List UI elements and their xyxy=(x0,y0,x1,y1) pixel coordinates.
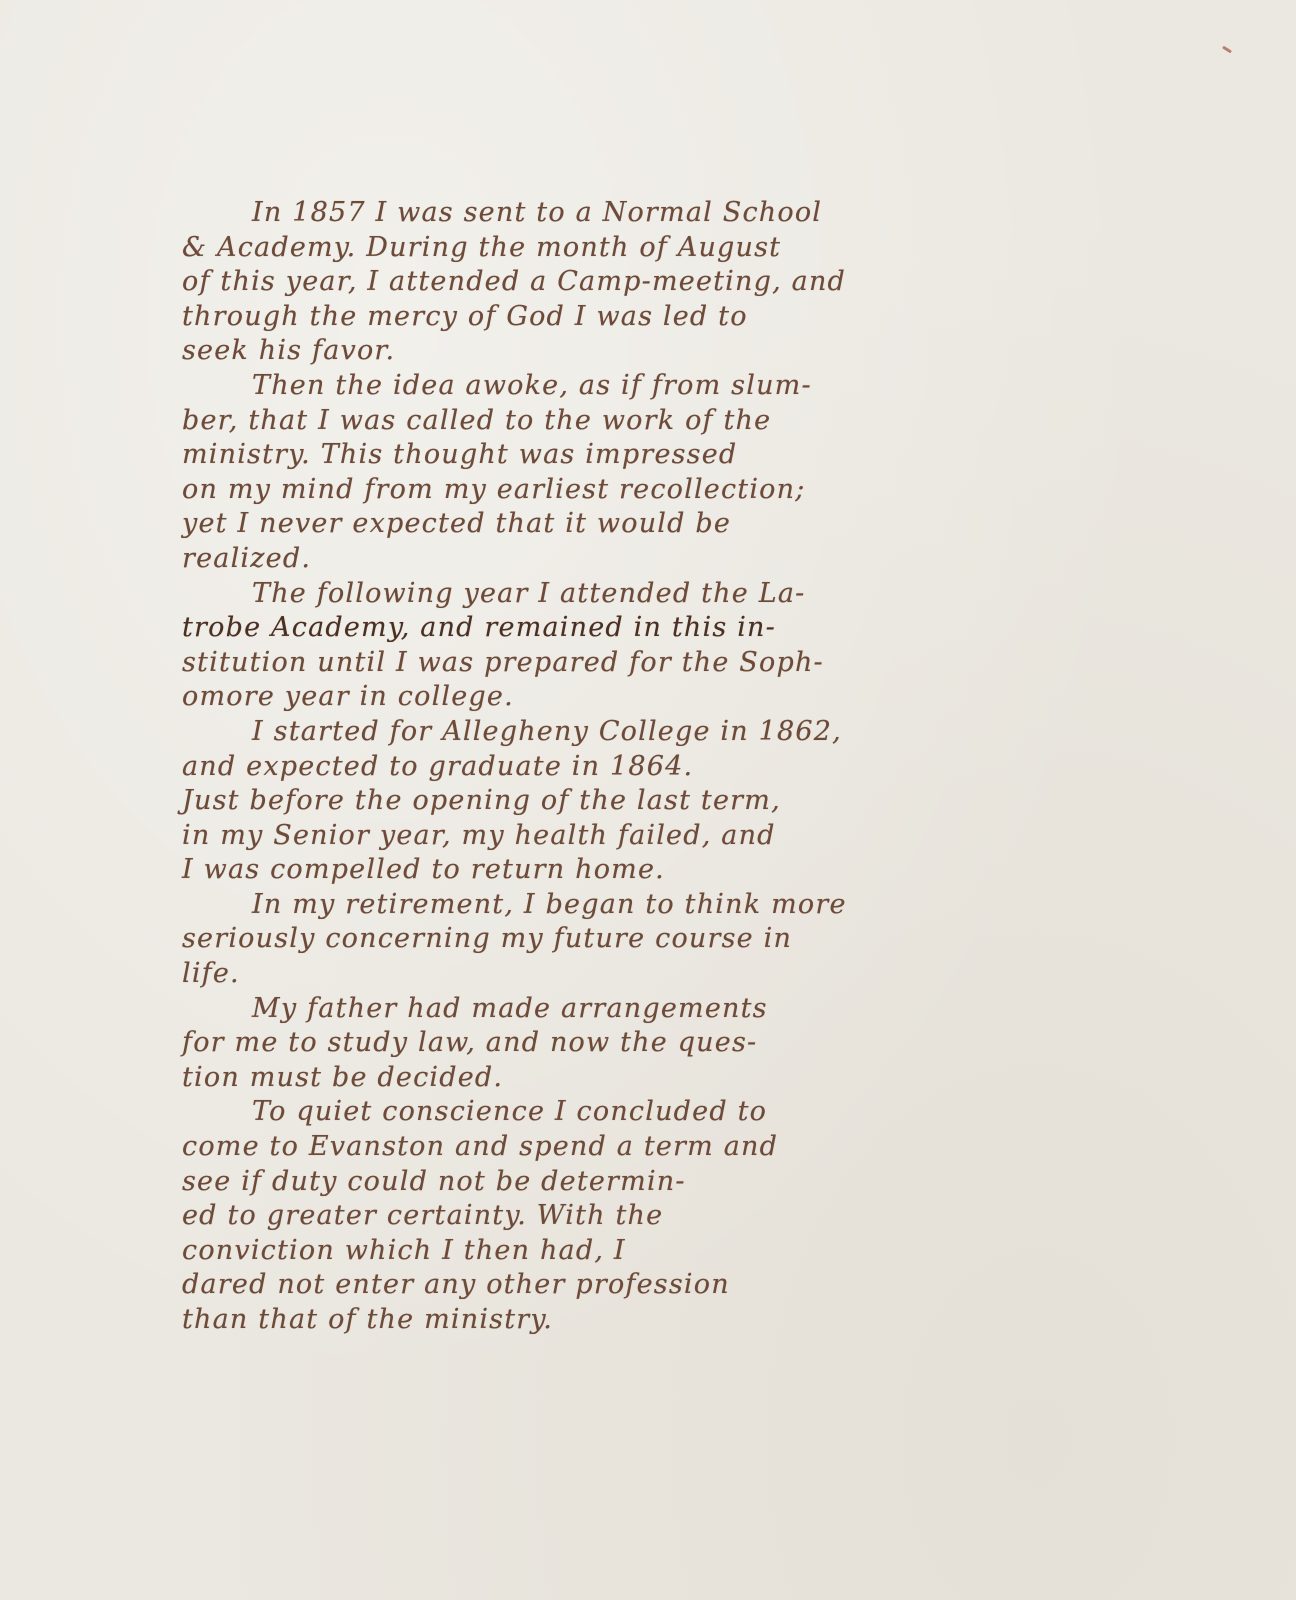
manuscript-page: In 1857 I was sent to a Normal School & … xyxy=(0,0,1296,1600)
text-line: ed to greater certainty. With the xyxy=(182,1199,1082,1234)
text-line: conviction which I then had, I xyxy=(182,1234,1082,1269)
text-line: trobe Academy, and remained in this in- xyxy=(182,611,1082,646)
text-line: of this year, I attended a Camp-meeting,… xyxy=(182,265,1082,300)
text-line: and expected to graduate in 1864. xyxy=(182,750,1082,785)
text-line: come to Evanston and spend a term and xyxy=(182,1130,1082,1165)
ink-mark xyxy=(1222,46,1232,54)
text-line: Then the idea awoke, as if from slum- xyxy=(182,369,1082,404)
text-line: for me to study law, and now the ques- xyxy=(182,1026,1082,1061)
text-line: through the mercy of God I was led to xyxy=(182,300,1082,335)
text-line: realized. xyxy=(182,542,1082,577)
text-line: stitution until I was prepared for the S… xyxy=(182,646,1082,681)
text-line: In 1857 I was sent to a Normal School xyxy=(182,196,1082,231)
text-line: seriously concerning my future course in xyxy=(182,922,1082,957)
text-line: on my mind from my earliest recollection… xyxy=(182,473,1082,508)
text-line: seek his favor. xyxy=(182,334,1082,369)
text-line: To quiet conscience I concluded to xyxy=(182,1095,1082,1130)
text-line: life. xyxy=(182,957,1082,992)
text-line: The following year I attended the La- xyxy=(182,577,1082,612)
handwritten-text-block: In 1857 I was sent to a Normal School & … xyxy=(182,196,1082,1338)
text-line: than that of the ministry. xyxy=(182,1303,1082,1338)
text-line: ministry. This thought was impressed xyxy=(182,438,1082,473)
text-line: & Academy. During the month of August xyxy=(182,231,1082,266)
text-line: In my retirement, I began to think more xyxy=(182,888,1082,923)
text-line: tion must be decided. xyxy=(182,1061,1082,1096)
text-line: in my Senior year, my health failed, and xyxy=(182,819,1082,854)
text-line: My father had made arrangements xyxy=(182,992,1082,1027)
text-line: see if duty could not be determin- xyxy=(182,1165,1082,1200)
text-line: Just before the opening of the last term… xyxy=(182,784,1082,819)
text-line: dared not enter any other profession xyxy=(182,1268,1082,1303)
text-line: yet I never expected that it would be xyxy=(182,507,1082,542)
text-line: omore year in college. xyxy=(182,680,1082,715)
text-line: I was compelled to return home. xyxy=(182,853,1082,888)
text-line: I started for Allegheny College in 1862, xyxy=(182,715,1082,750)
text-line: ber, that I was called to the work of th… xyxy=(182,404,1082,439)
